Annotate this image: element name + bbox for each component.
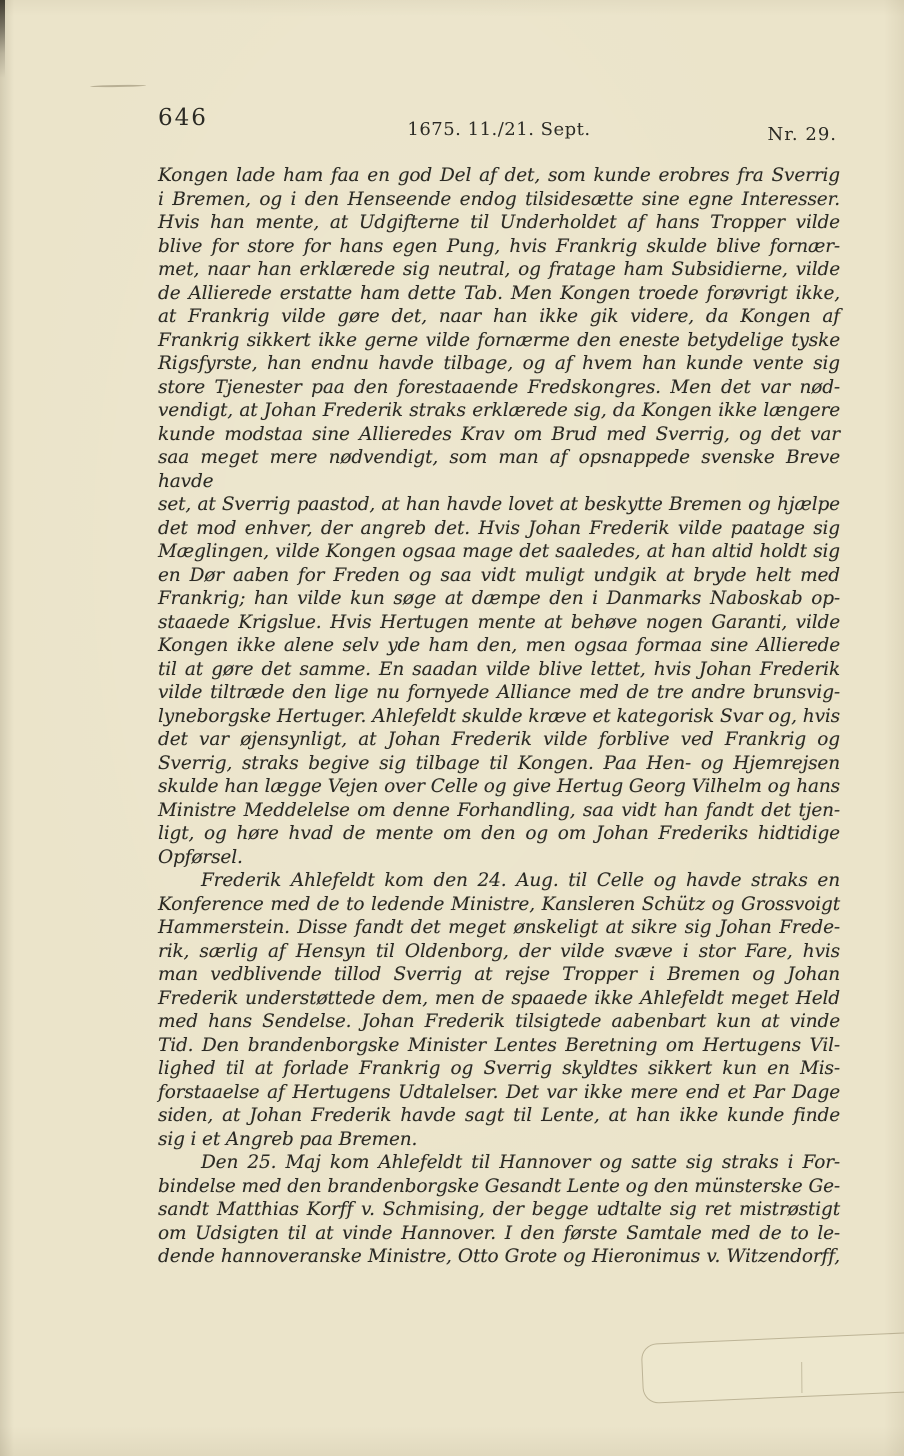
text-line: Kongen ikke alene selv yde ham den, men … [158,634,840,658]
text-line: om Udsigten til at vinde Hannover. I den… [158,1222,840,1246]
paragraph: Frederik Ahlefeldt kom den 24. Aug. til … [158,869,840,1151]
text-line: Rigsfyrste, han endnu havde tilbage, og … [158,352,840,376]
paragraph: Kongen lade ham faa en god Del af det, s… [158,164,840,869]
page-header: 646 1675. 11./21. Sept. Nr. 29. [158,0,840,160]
sticker-outline-artifact [641,1330,904,1404]
text-line: en Dør aaben for Freden og saa vidt muli… [158,564,840,588]
text-line: Opførsel. [158,846,840,870]
text-line: man vedblivende tillod Sverrig at rejse … [158,963,840,987]
text-line: i Bremen, og i den Henseende endog tilsi… [158,188,840,212]
text-line: staaede Krigslue. Hvis Hertugen mente at… [158,611,840,635]
text-line: sandt Matthias Korff v. Schmising, der b… [158,1198,840,1222]
page-number: 646 [158,105,208,131]
text-line: met, naar han erklærede sig neutral, og … [158,258,840,282]
text-line: Frederik understøttede dem, men de spaae… [158,987,840,1011]
text-line: bindelse med den brandenborgske Gesandt … [158,1175,840,1199]
text-line: med hans Sendelse. Johan Frederik tilsig… [158,1010,840,1034]
text-line: Den 25. Maj kom Ahlefeldt til Hannover o… [158,1151,840,1175]
text-line: sig i et Angreb paa Bremen. [158,1128,840,1152]
text-line: Frederik Ahlefeldt kom den 24. Aug. til … [158,869,840,893]
text-line: lighed til at forlade Frankrig og Sverri… [158,1057,840,1081]
text-line: blive for store for hans egen Pung, hvis… [158,235,840,259]
text-line: skulde han lægge Vejen over Celle og giv… [158,775,840,799]
text-line: Hammerstein. Disse fandt det meget ønske… [158,916,840,940]
text-line: Mæglingen, vilde Kongen ogsaa mage det s… [158,540,840,564]
text-line: dende hannoveranske Ministre, Otto Grote… [158,1245,840,1269]
text-line: vilde tiltræde den lige nu fornyede Alli… [158,681,840,705]
header-issue-number: Nr. 29. [768,124,837,145]
text-line: Kongen lade ham faa en god Del af det, s… [158,164,840,188]
text-line: Konference med de to ledende Ministre, K… [158,893,840,917]
body-text: Kongen lade ham faa en god Del af det, s… [158,164,840,1269]
text-line: det var øjensynligt, at Johan Frederik v… [158,728,840,752]
scan-edge-artifact [0,0,5,78]
header-date: 1675. 11./21. Sept. [407,119,590,140]
scratch-mark [90,85,146,88]
text-line: set, at Sverrig paastod, at han havde lo… [158,493,840,517]
text-line: ligt, og høre hvad de mente om den og om… [158,822,840,846]
text-line: siden, at Johan Frederik havde sagt til … [158,1104,840,1128]
book-page: 646 1675. 11./21. Sept. Nr. 29. Kongen l… [0,0,904,1456]
text-line: Hvis han mente, at Udgifterne til Underh… [158,211,840,235]
text-line: vendigt, at Johan Frederik straks erklær… [158,399,840,423]
text-line: Tid. Den brandenborgske Minister Lentes … [158,1034,840,1058]
text-line: forstaaelse af Hertugens Udtalelser. Det… [158,1081,840,1105]
text-line: Ministre Meddelelse om denne Forhandling… [158,799,840,823]
text-line: til at gøre det samme. En saadan vilde b… [158,658,840,682]
text-line: de Allierede erstatte ham dette Tab. Men… [158,282,840,306]
text-line: lyneborgske Hertuger. Ahlefeldt skulde k… [158,705,840,729]
text-line: rik, særlig af Hensyn til Oldenborg, der… [158,940,840,964]
text-line: at Frankrig vilde gøre det, naar han ikk… [158,305,840,329]
paragraph: Den 25. Maj kom Ahlefeldt til Hannover o… [158,1151,840,1269]
text-line: Frankrig; han vilde kun søge at dæmpe de… [158,587,840,611]
text-line: saa meget mere nødvendigt, som man af op… [158,446,840,493]
text-line: kunde modstaa sine Allieredes Krav om Br… [158,423,840,447]
text-line: store Tjenester paa den forestaaende Fre… [158,376,840,400]
text-line: Sverrig, straks begive sig tilbage til K… [158,752,840,776]
text-line: det mod enhver, der angreb det. Hvis Joh… [158,517,840,541]
text-line: Frankrig sikkert ikke gerne vilde fornær… [158,329,840,353]
